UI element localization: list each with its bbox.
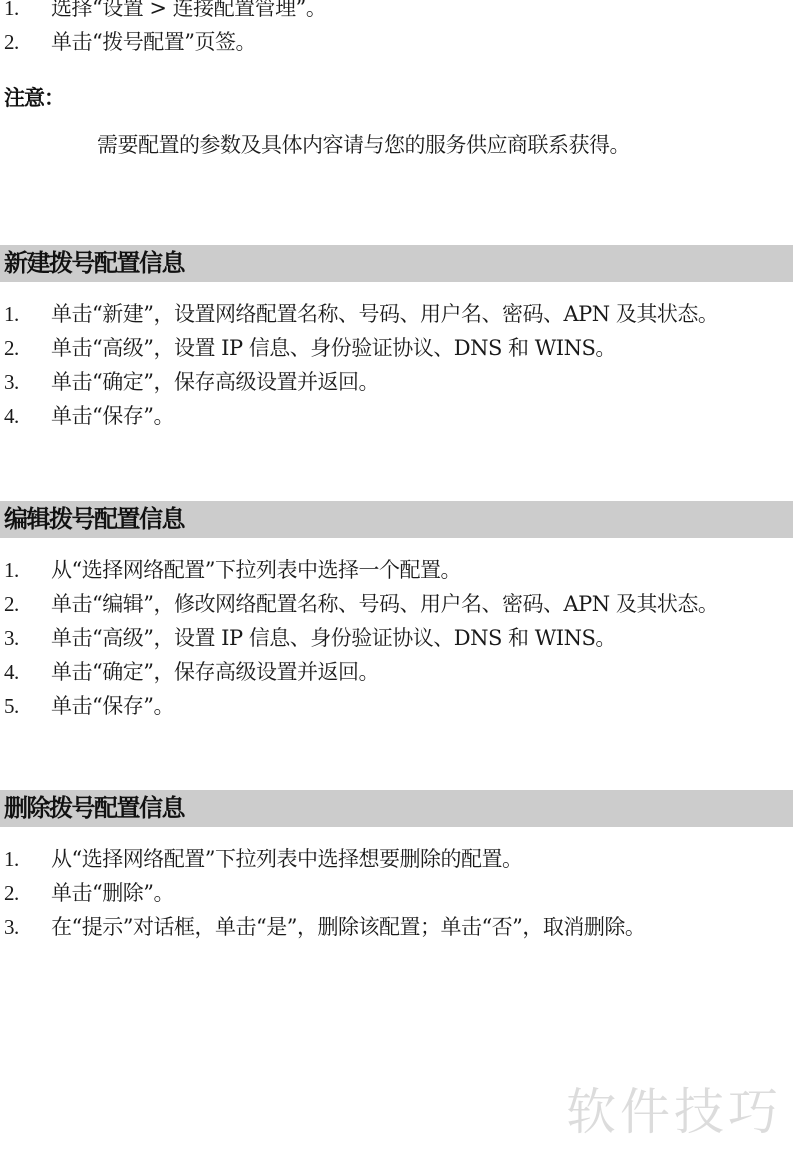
step-text: 单击“编辑”，修改网络配置名称、号码、用户名、密码、APN 及其状态。 (51, 592, 718, 616)
step-number: 3. (4, 910, 19, 944)
list-item: 2. 单击“编辑”，修改网络配置名称、号码、用户名、密码、APN 及其状态。 (0, 587, 800, 621)
step-text: 单击“高级”，设置 IP 信息、身份验证协议、DNS 和 WINS。 (51, 626, 616, 650)
step-text: 单击“高级”，设置 IP 信息、身份验证协议、DNS 和 WINS。 (51, 336, 616, 360)
section-new-steps: 1. 单击“新建”，设置网络配置名称、号码、用户名、密码、APN 及其状态。 2… (0, 297, 800, 433)
step-number: 3. (4, 621, 19, 655)
step-number: 2. (4, 876, 19, 910)
step-text: 单击“确定”，保存高级设置并返回。 (51, 660, 379, 684)
list-item: 4. 单击“保存”。 (0, 399, 800, 433)
section-delete-steps: 1. 从“选择网络配置”下拉列表中选择想要删除的配置。 2. 单击“删除”。 3… (0, 842, 800, 944)
step-number: 5. (4, 689, 19, 723)
step-text: 选择“设置 > 连接配置管理”。 (51, 0, 326, 20)
step-number: 1. (4, 553, 19, 587)
step-number: 2. (4, 587, 19, 621)
section-header-new: 新建拨号配置信息 (0, 245, 793, 282)
step-text: 单击“删除”。 (51, 881, 174, 905)
step-number: 1. (4, 0, 19, 25)
note-title: 注意： (4, 84, 64, 114)
list-item: 1. 从“选择网络配置”下拉列表中选择一个配置。 (0, 553, 800, 587)
intro-step: 1. 选择“设置 > 连接配置管理”。 (0, 0, 800, 25)
intro-steps: 1. 选择“设置 > 连接配置管理”。 2. 单击“拨号配置”页签。 (0, 0, 800, 59)
step-number: 2. (4, 331, 19, 365)
step-text: 单击“保存”。 (51, 694, 174, 718)
list-item: 1. 单击“新建”，设置网络配置名称、号码、用户名、密码、APN 及其状态。 (0, 297, 800, 331)
section-header-edit: 编辑拨号配置信息 (0, 501, 793, 538)
list-item: 4. 单击“确定”，保存高级设置并返回。 (0, 655, 800, 689)
step-number: 3. (4, 365, 19, 399)
intro-step: 2. 单击“拨号配置”页签。 (0, 25, 800, 59)
document-page: 1. 选择“设置 > 连接配置管理”。 2. 单击“拨号配置”页签。 注意： 需… (0, 0, 800, 1176)
step-number: 4. (4, 399, 19, 433)
list-item: 3. 在“提示”对话框，单击“是”，删除该配置；单击“否”，取消删除。 (0, 910, 800, 944)
step-text: 在“提示”对话框，单击“是”，删除该配置；单击“否”，取消删除。 (51, 915, 645, 939)
watermark: 软件技巧 (566, 1082, 782, 1142)
step-number: 1. (4, 842, 19, 876)
section-title: 编辑拨号配置信息 (4, 503, 184, 536)
list-item: 1. 从“选择网络配置”下拉列表中选择想要删除的配置。 (0, 842, 800, 876)
step-text: 单击“拨号配置”页签。 (51, 30, 256, 54)
list-item: 2. 单击“高级”，设置 IP 信息、身份验证协议、DNS 和 WINS。 (0, 331, 800, 365)
step-text: 单击“确定”，保存高级设置并返回。 (51, 370, 379, 394)
step-text: 单击“新建”，设置网络配置名称、号码、用户名、密码、APN 及其状态。 (51, 302, 718, 326)
list-item: 5. 单击“保存”。 (0, 689, 800, 723)
list-item: 3. 单击“确定”，保存高级设置并返回。 (0, 365, 800, 399)
step-text: 单击“保存”。 (51, 404, 174, 428)
step-text: 从“选择网络配置”下拉列表中选择一个配置。 (51, 558, 461, 582)
step-text: 从“选择网络配置”下拉列表中选择想要删除的配置。 (51, 847, 522, 871)
section-title: 新建拨号配置信息 (4, 247, 184, 280)
note-body: 需要配置的参数及具体内容请与您的服务供应商联系获得。 (97, 128, 630, 162)
section-title: 删除拨号配置信息 (4, 792, 184, 825)
section-edit-steps: 1. 从“选择网络配置”下拉列表中选择一个配置。 2. 单击“编辑”，修改网络配… (0, 553, 800, 723)
list-item: 2. 单击“删除”。 (0, 876, 800, 910)
step-number: 2. (4, 25, 19, 59)
step-number: 4. (4, 655, 19, 689)
list-item: 3. 单击“高级”，设置 IP 信息、身份验证协议、DNS 和 WINS。 (0, 621, 800, 655)
step-number: 1. (4, 297, 19, 331)
section-header-delete: 删除拨号配置信息 (0, 790, 793, 827)
